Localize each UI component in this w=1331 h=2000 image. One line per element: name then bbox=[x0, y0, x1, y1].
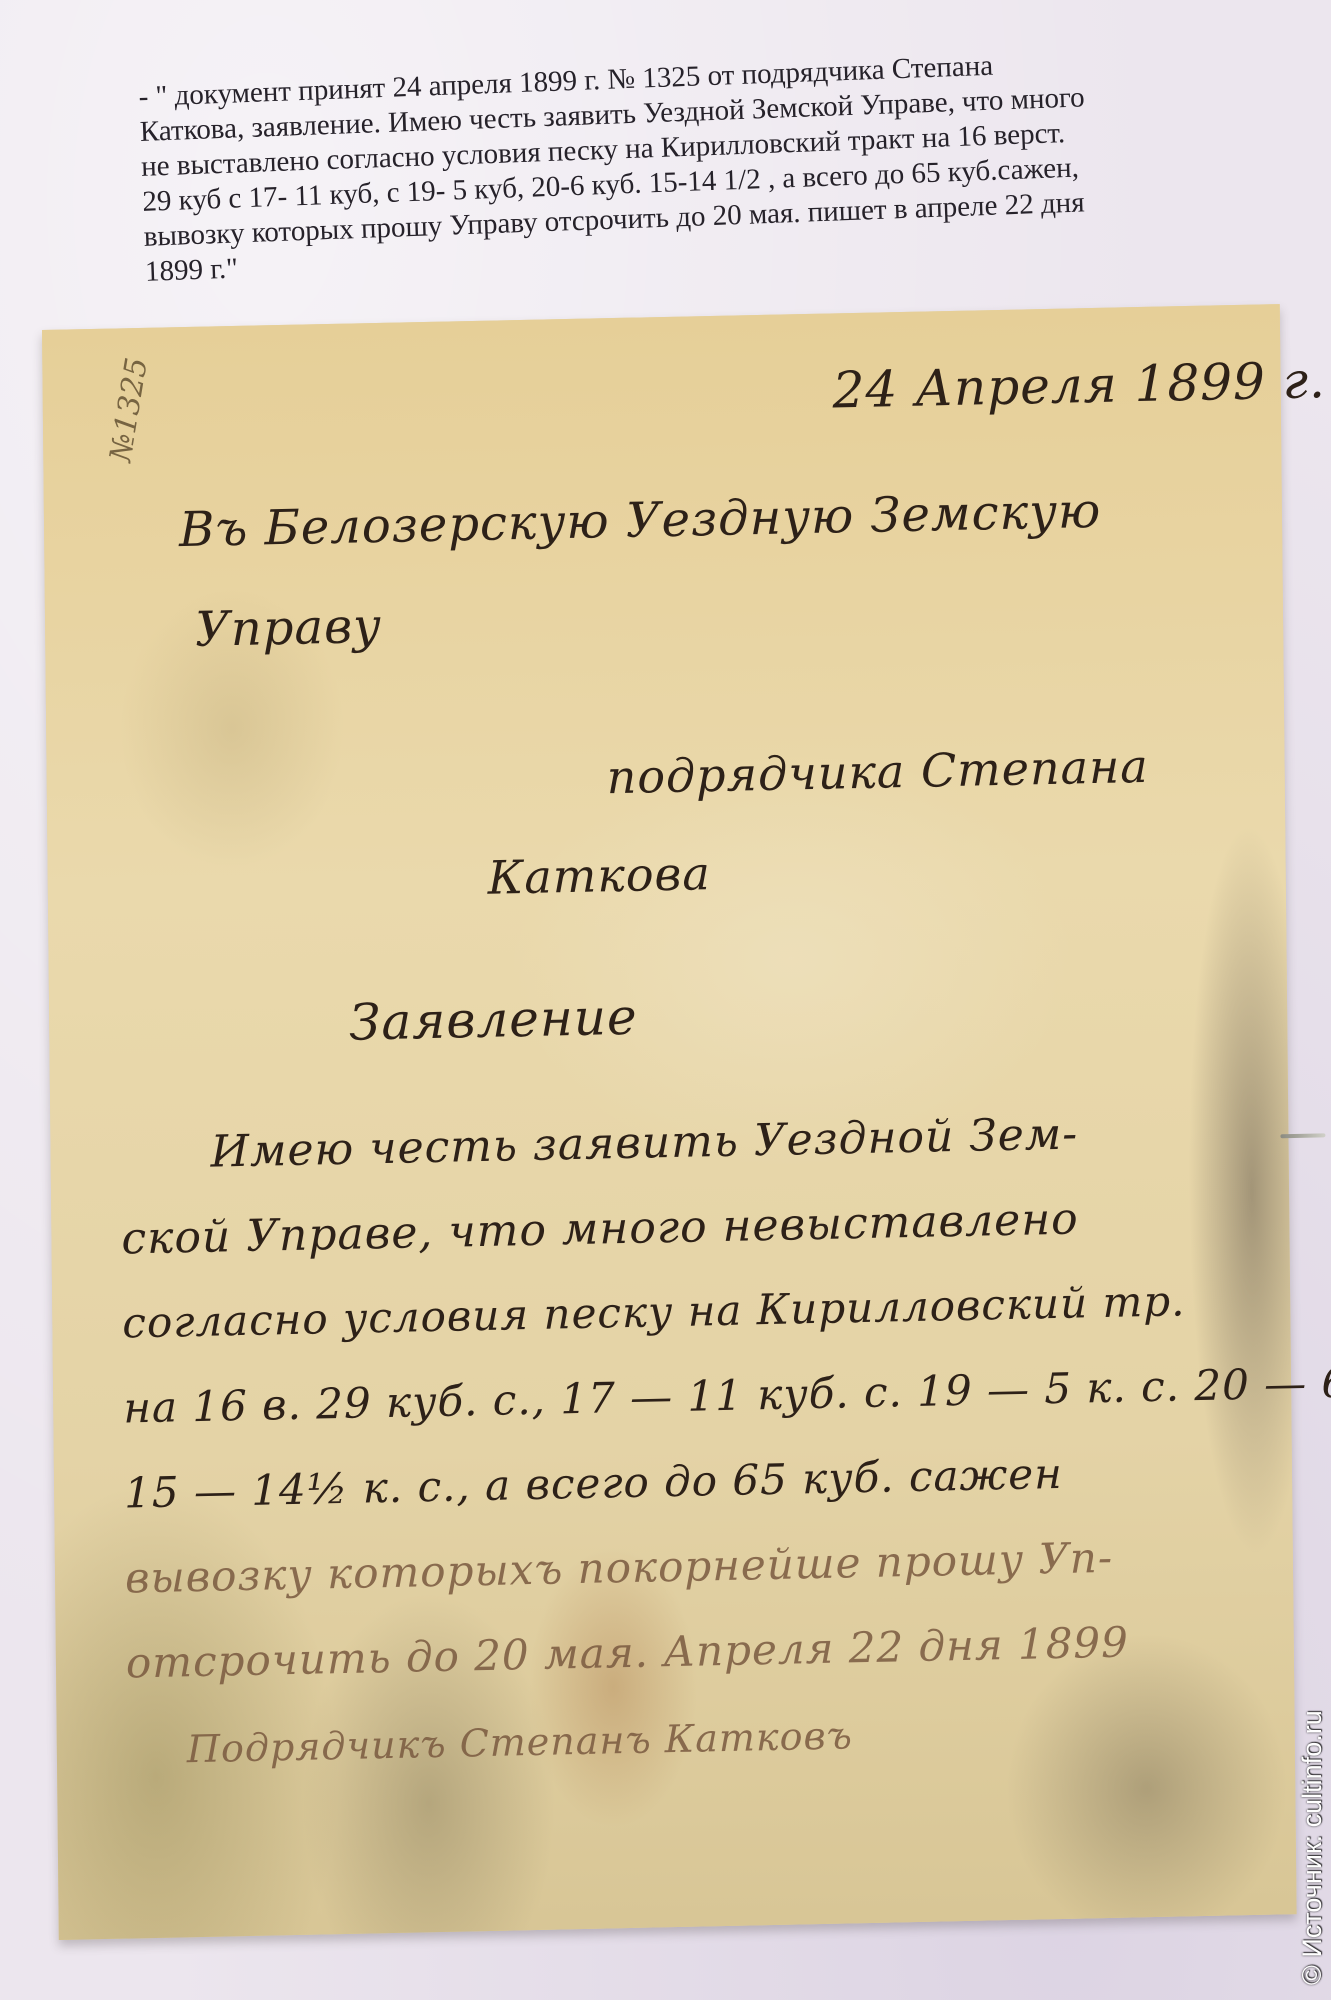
body-line: отсрочить до 20 мая. Апреля 22 дня 1899 bbox=[126, 1618, 1129, 1688]
body-line: на 16 в. 29 куб. с., 17 — 11 куб. с. 19 … bbox=[123, 1356, 1331, 1433]
pin-icon bbox=[1280, 1133, 1325, 1138]
body-line: ской Управе, что много невыставлено bbox=[121, 1193, 1079, 1264]
signature: Подрядчикъ Степанъ Катковъ bbox=[187, 1713, 853, 1771]
margin-registration-number: №1325 bbox=[103, 355, 155, 464]
body-line: вывозку которыхъ покорнейше прошу Уп- bbox=[125, 1533, 1113, 1603]
document-date: 24 Апреля 1899 г. bbox=[832, 351, 1326, 419]
body-line: 15 — 14½ к. с., а всего до 65 куб. сажен bbox=[124, 1449, 1063, 1518]
printed-caption: - " документ принят 24 апреля 1899 г. № … bbox=[138, 38, 1285, 290]
addressee-line-2: Управу bbox=[195, 598, 382, 658]
sender-line-1: подрядчика Степана bbox=[606, 739, 1149, 804]
body-line: согласно условия песку на Кирилловский т… bbox=[122, 1276, 1186, 1347]
handwritten-document: №1325 24 Апреля 1899 г. Въ Белозерскую У… bbox=[42, 304, 1297, 1940]
sender-line-2: Каткова bbox=[487, 846, 711, 905]
addressee-line-1: Въ Белозерскую Уездную Земскую bbox=[179, 483, 1102, 558]
document-heading: Заявление bbox=[349, 988, 638, 1052]
body-line: Имею честь заявить Уездной Зем- bbox=[210, 1108, 1078, 1177]
source-watermark: © Источник: cultinfo.ru bbox=[1297, 1710, 1328, 1985]
